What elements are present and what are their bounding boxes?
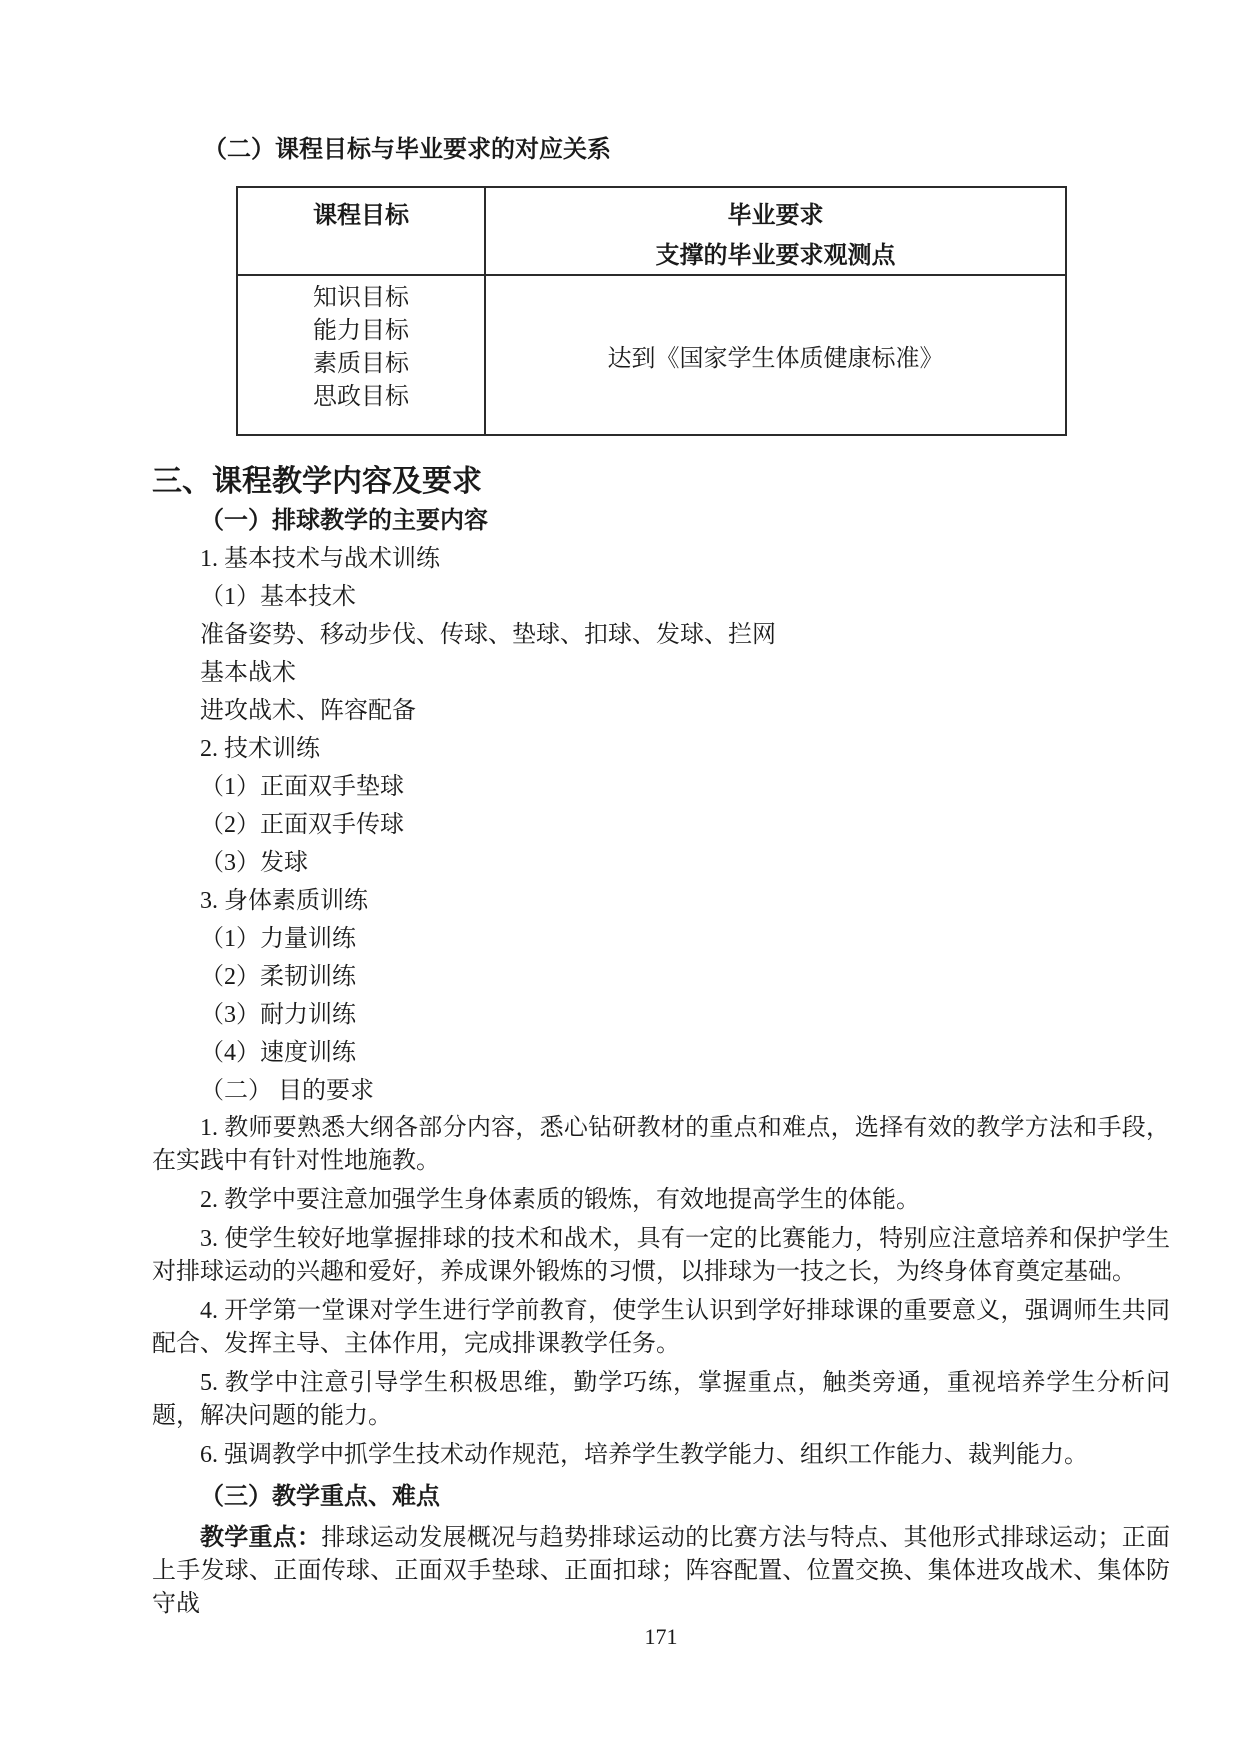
objective-ideology: 思政目标 bbox=[238, 381, 484, 414]
supported-observation-points-label: 支撑的毕业要求观测点 bbox=[486, 234, 1065, 274]
content-line: 1. 基本技术与战术训练 bbox=[152, 540, 1170, 578]
section-2-heading: （二）课程目标与毕业要求的对应关系 bbox=[152, 0, 1170, 166]
section-3-heading: 三、课程教学内容及要求 bbox=[152, 462, 1170, 502]
objective-quality: 素质目标 bbox=[238, 348, 484, 381]
table-header-graduation-requirements: 毕业要求 支撑的毕业要求观测点 bbox=[485, 187, 1066, 275]
course-objectives-header-label: 课程目标 bbox=[238, 188, 484, 234]
objectives-requirements-table: 课程目标 毕业要求 支撑的毕业要求观测点 知识目标 能力目标 素质目标 思政目标… bbox=[236, 186, 1067, 436]
paragraph: 3. 使学生较好地掌握排球的技术和战术，具有一定的比赛能力，特别应注意培养和保护… bbox=[152, 1223, 1170, 1289]
content-line: 3. 身体素质训练 bbox=[152, 882, 1170, 920]
teaching-key-points-label: 教学重点： bbox=[200, 1525, 321, 1551]
document-content: （二）课程目标与毕业要求的对应关系 课程目标 毕业要求 支撑的毕业要求观测点 知… bbox=[152, 0, 1170, 1621]
graduation-requirements-label: 毕业要求 bbox=[486, 188, 1065, 234]
subsection-2-heading: （二） 目的要求 bbox=[152, 1072, 1170, 1110]
table-header-course-objectives: 课程目标 bbox=[237, 187, 485, 275]
paragraph: 2. 教学中要注意加强学生身体素质的锻炼，有效地提高学生的体能。 bbox=[152, 1184, 1170, 1217]
content-line: （2）正面双手传球 bbox=[152, 806, 1170, 844]
subsection-1-heading: （一）排球教学的主要内容 bbox=[152, 502, 1170, 540]
subsection-3-heading: （三）教学重点、难点 bbox=[152, 1478, 1170, 1516]
paragraph: 4. 开学第一堂课对学生进行学前教育，使学生认识到学好排球课的重要意义，强调师生… bbox=[152, 1295, 1170, 1361]
table-body-row: 知识目标 能力目标 素质目标 思政目标 达到《国家学生体质健康标准》 bbox=[237, 275, 1066, 435]
purpose-requirements-paragraphs: 1. 教师要熟悉大纲各部分内容，悉心钻研教材的重点和难点，选择有效的教学方法和手… bbox=[152, 1112, 1170, 1472]
content-line: （2）柔韧训练 bbox=[152, 958, 1170, 996]
objective-knowledge: 知识目标 bbox=[238, 282, 484, 315]
paragraph: 6. 强调教学中抓学生技术动作规范，培养学生教学能力、组织工作能力、裁判能力。 bbox=[152, 1439, 1170, 1472]
objectives-cell: 知识目标 能力目标 素质目标 思政目标 bbox=[237, 275, 485, 435]
content-line: （3）发球 bbox=[152, 844, 1170, 882]
page-number: 171 bbox=[152, 1624, 1170, 1650]
content-line: （1）基本技术 bbox=[152, 578, 1170, 616]
content-line: 准备姿势、移动步伐、传球、垫球、扣球、发球、拦网 bbox=[152, 616, 1170, 654]
content-line: （1）正面双手垫球 bbox=[152, 768, 1170, 806]
document-page: （二）课程目标与毕业要求的对应关系 课程目标 毕业要求 支撑的毕业要求观测点 知… bbox=[0, 0, 1241, 1755]
objective-ability: 能力目标 bbox=[238, 315, 484, 348]
content-line: （3）耐力训练 bbox=[152, 996, 1170, 1034]
content-line: 2. 技术训练 bbox=[152, 730, 1170, 768]
requirement-cell: 达到《国家学生体质健康标准》 bbox=[485, 275, 1066, 435]
paragraph: 5. 教学中注意引导学生积极思维，勤学巧练，掌握重点，触类旁通，重视培养学生分析… bbox=[152, 1367, 1170, 1433]
content-line: （4）速度训练 bbox=[152, 1034, 1170, 1072]
content-line: （1）力量训练 bbox=[152, 920, 1170, 958]
table-header-row: 课程目标 毕业要求 支撑的毕业要求观测点 bbox=[237, 187, 1066, 275]
content-line: 基本战术 bbox=[152, 654, 1170, 692]
content-line: 进攻战术、阵容配备 bbox=[152, 692, 1170, 730]
paragraph: 1. 教师要熟悉大纲各部分内容，悉心钻研教材的重点和难点，选择有效的教学方法和手… bbox=[152, 1112, 1170, 1178]
teaching-key-points-paragraph: 教学重点：排球运动发展概况与趋势排球运动的比赛方法与特点、其他形式排球运动；正面… bbox=[152, 1522, 1170, 1621]
